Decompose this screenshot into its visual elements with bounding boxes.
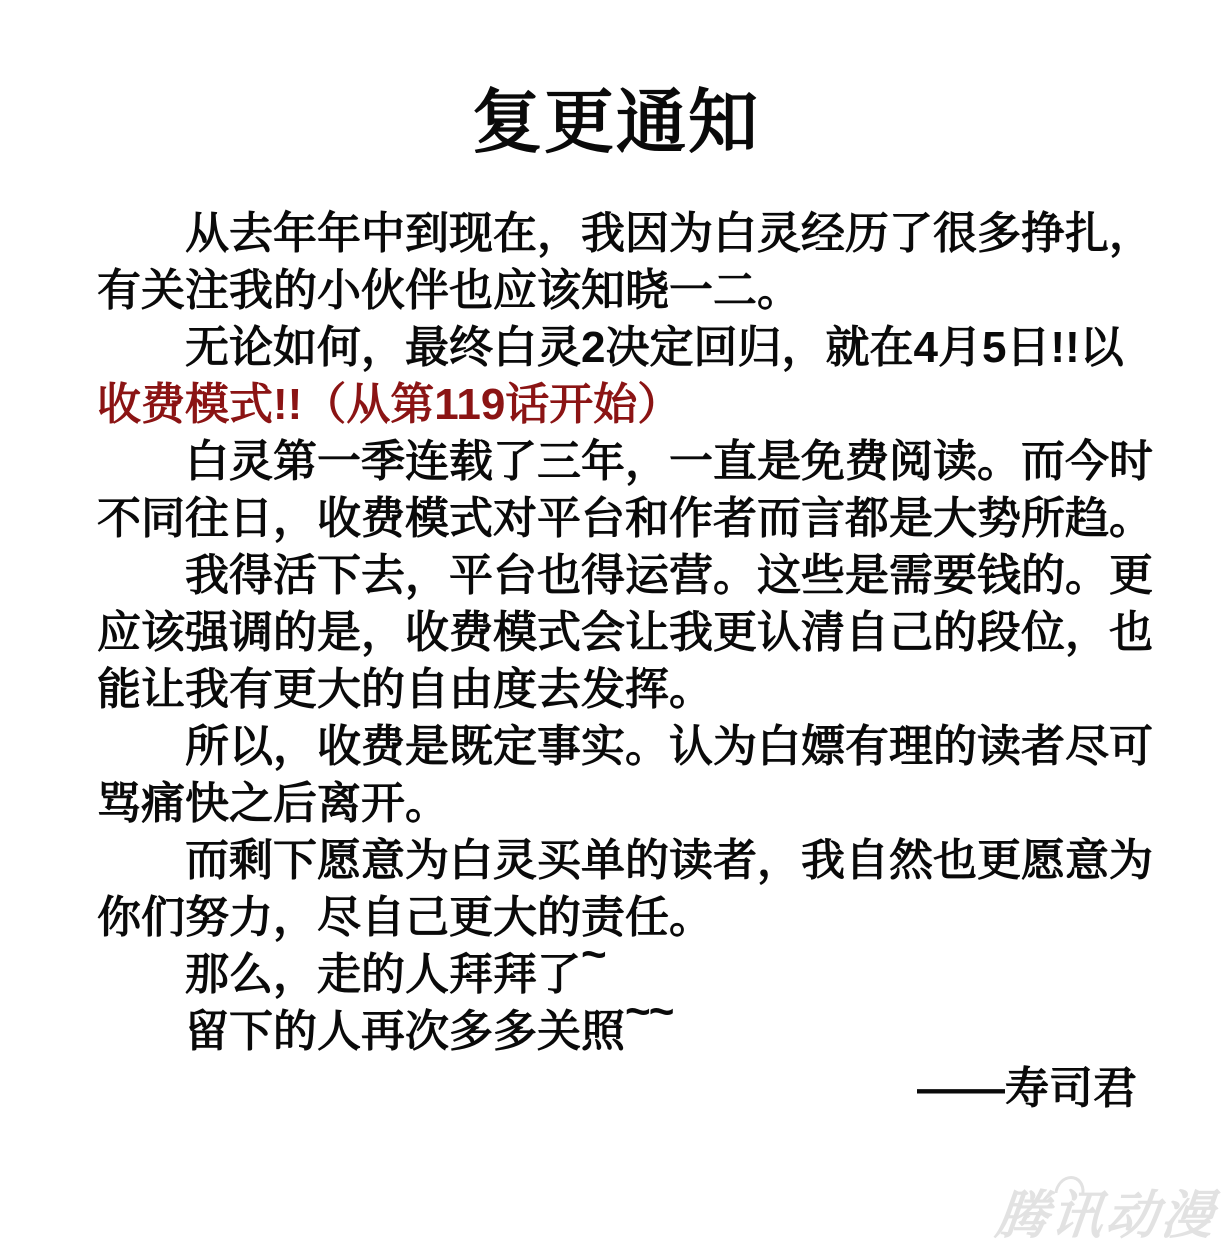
notice-line-p2-l1: 无论如何，最终白灵2决定回归，就在4月5日!!以 xyxy=(97,319,1135,376)
crown-icon xyxy=(1054,1176,1086,1193)
notice-text: 有关注我的小伙伴也应该知晓一二。 xyxy=(97,266,801,315)
notice-text: 那么，走的人拜拜了 xyxy=(185,950,581,999)
notice-line-p4-l1: 我得活下去，平台也得运营。这些是需要钱的。更 xyxy=(97,547,1135,604)
notice-text: 从去年年中到现在，我因为白灵经历了很多挣扎， xyxy=(185,209,1153,258)
notice-line-p4-l2: 应该强调的是，收费模式会让我更认清自己的段位，也 xyxy=(97,604,1135,661)
notice-text: 你们努力，尽自己更大的责任。 xyxy=(97,893,713,942)
notice-page: 复更通知 从去年年中到现在，我因为白灵经历了很多挣扎，有关注我的小伙伴也应该知晓… xyxy=(0,0,1232,1254)
notice-line-p8-l1: 留下的人再次多多关照~~ xyxy=(97,1003,1135,1060)
notice-text: 应该强调的是，收费模式会让我更认清自己的段位，也 xyxy=(97,608,1153,657)
notice-line-p7-l1: 那么，走的人拜拜了~ xyxy=(97,946,1135,1003)
notice-line-p3-l1: 白灵第一季连载了三年，一直是免费阅读。而今时 xyxy=(97,433,1135,490)
notice-line-p6-l2: 你们努力，尽自己更大的责任。 xyxy=(97,889,1135,946)
notice-body: 从去年年中到现在，我因为白灵经历了很多挣扎，有关注我的小伙伴也应该知晓一二。无论… xyxy=(97,205,1135,1060)
watermark-text: 腾讯动漫 xyxy=(993,1187,1219,1245)
tilde-mark: ~ xyxy=(581,926,605,983)
notice-line-p5-l2: 骂痛快之后离开。 xyxy=(97,775,1135,832)
notice-line-p3-l2: 不同往日，收费模式对平台和作者而言都是大势所趋。 xyxy=(97,490,1135,547)
page-title: 复更通知 xyxy=(0,86,1232,158)
notice-text: 我得活下去，平台也得运营。这些是需要钱的。更 xyxy=(185,551,1153,600)
notice-text: 白灵第一季连载了三年，一直是免费阅读。而今时 xyxy=(185,437,1153,486)
notice-text: 留下的人再次多多关照 xyxy=(185,1007,625,1056)
notice-line-p1-l2: 有关注我的小伙伴也应该知晓一二。 xyxy=(97,262,1135,319)
signature: ——寿司君 xyxy=(0,1060,1232,1117)
notice-line-p6-l1: 而剩下愿意为白灵买单的读者，我自然也更愿意为 xyxy=(97,832,1135,889)
notice-text: 能让我有更大的自由度去发挥。 xyxy=(97,665,713,714)
notice-text: 不同往日，收费模式对平台和作者而言都是大势所趋。 xyxy=(97,494,1153,543)
notice-text: 而剩下愿意为白灵买单的读者，我自然也更愿意为 xyxy=(185,836,1153,885)
tencent-comics-watermark: 腾讯动漫 xyxy=(993,1186,1219,1246)
notice-line-p4-l3: 能让我有更大的自由度去发挥。 xyxy=(97,661,1135,718)
paid-mode-highlight-text: 收费模式!!（从第119话开始） xyxy=(97,380,681,429)
notice-text: 所以，收费是既定事实。认为白嫖有理的读者尽可 xyxy=(185,722,1153,771)
notice-line-p5-l1: 所以，收费是既定事实。认为白嫖有理的读者尽可 xyxy=(97,718,1135,775)
notice-line-p1-l1: 从去年年中到现在，我因为白灵经历了很多挣扎， xyxy=(97,205,1135,262)
tilde-mark: ~~ xyxy=(625,983,672,1040)
notice-text: 骂痛快之后离开。 xyxy=(97,779,449,828)
notice-text: 无论如何，最终白灵2决定回归，就在4月5日!!以 xyxy=(185,323,1124,372)
notice-line-p2-l2: 收费模式!!（从第119话开始） xyxy=(97,376,1135,433)
